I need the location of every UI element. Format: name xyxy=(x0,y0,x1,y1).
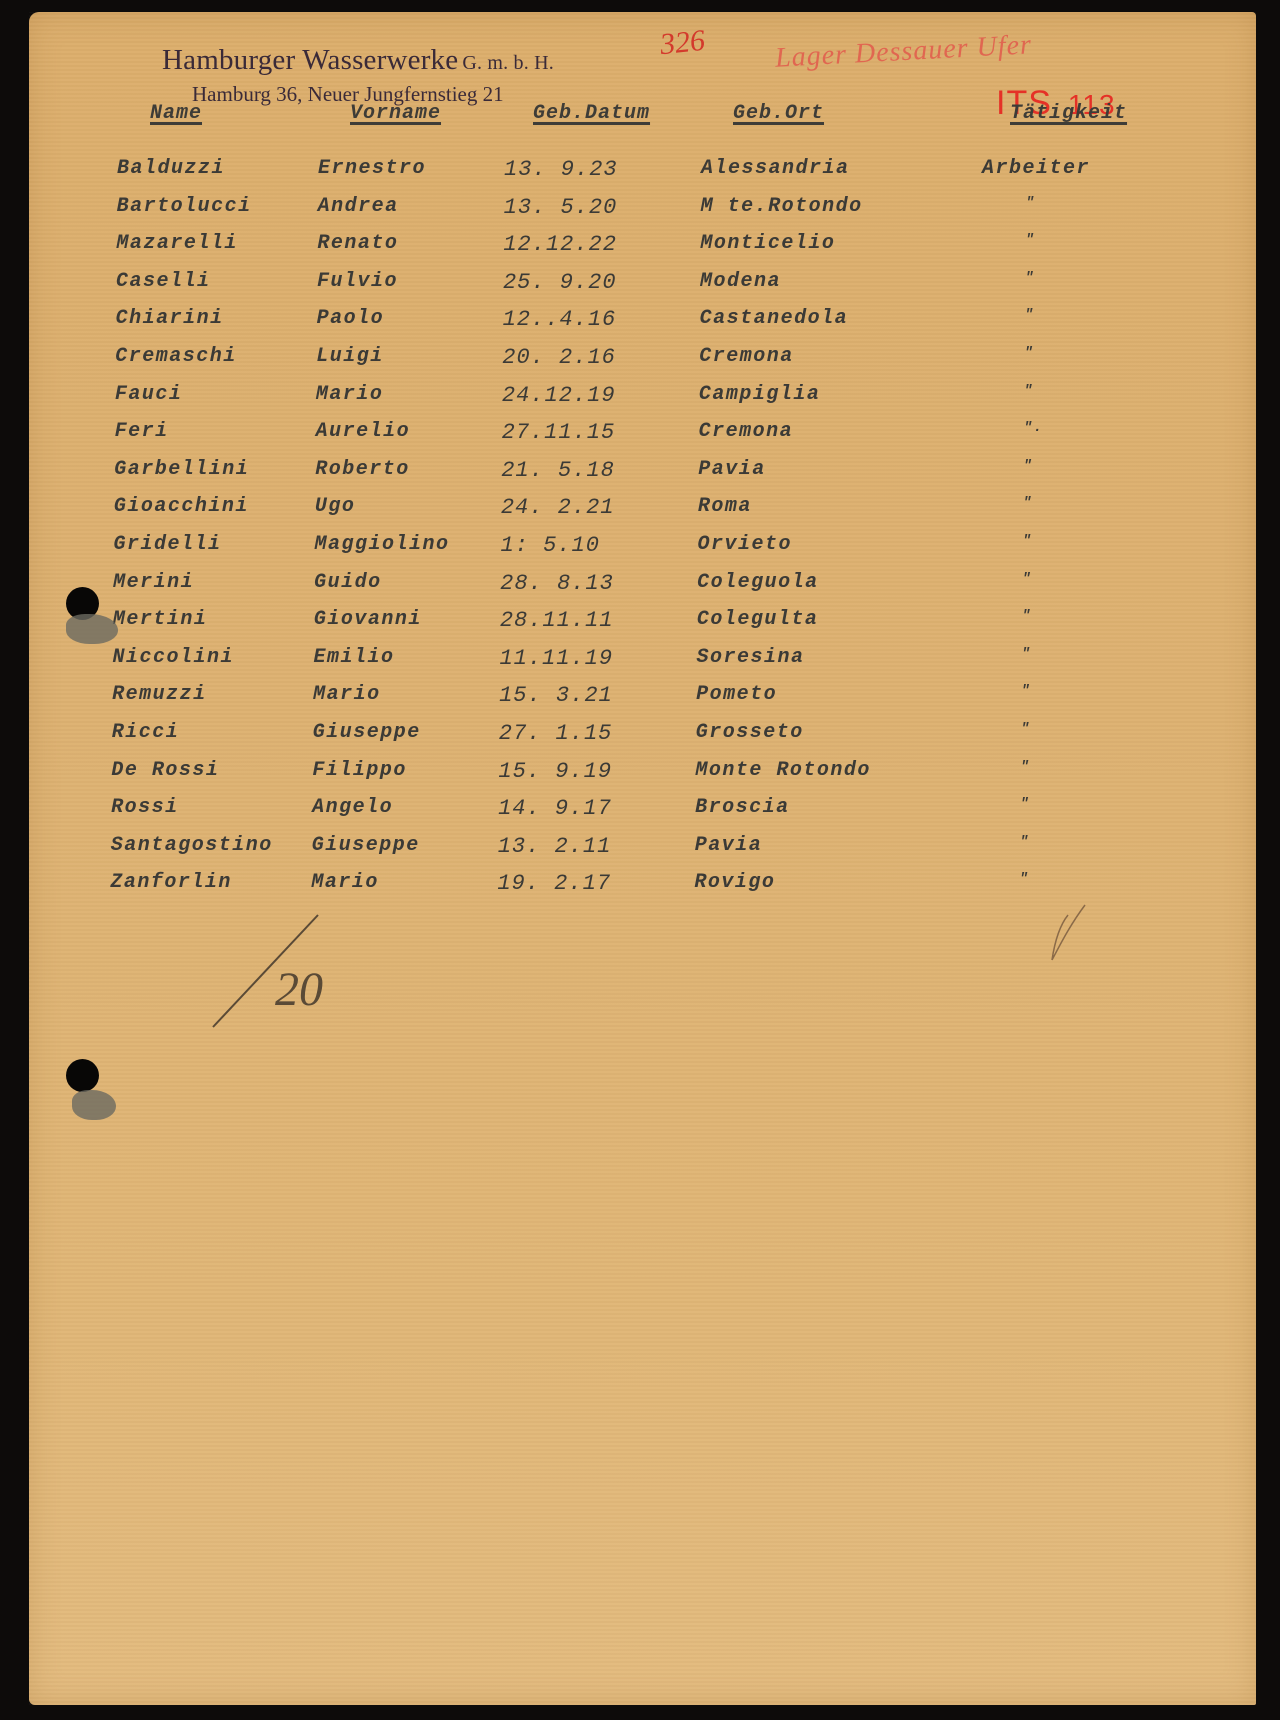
cell-occupation: " xyxy=(1021,721,1031,737)
cell-birth-date: 1: 5.10 xyxy=(501,533,600,558)
cell-first-name: Luigi xyxy=(316,345,384,368)
cell-birth-place: Alessandria xyxy=(701,157,850,180)
letterhead: Hamburger WasserwerkeG. m. b. H. Hamburg… xyxy=(162,44,554,77)
cell-last-name: Fauci xyxy=(115,383,183,406)
cell-first-name: Filippo xyxy=(312,759,407,782)
cell-birth-place: Soresina xyxy=(696,646,804,669)
cell-birth-date: 11.11.19 xyxy=(499,646,613,671)
cell-birth-date: 12..4.16 xyxy=(503,307,617,332)
cell-birth-place: Monte Rotondo xyxy=(695,759,871,782)
cell-birth-place: Castanedola xyxy=(700,307,849,330)
table-row: FeriAurelio27.11.15Cremona". xyxy=(0,420,1278,457)
header-birth-place: Geb.Ort xyxy=(733,102,824,125)
cell-birth-date: 15. 3.21 xyxy=(499,683,613,708)
cell-birth-place: Roma xyxy=(698,495,752,518)
cell-birth-date: 19. 2.17 xyxy=(497,871,611,896)
cell-occupation: ". xyxy=(1024,420,1044,436)
svg-text:20: 20 xyxy=(275,963,323,1016)
cell-last-name: Mertini xyxy=(113,608,208,631)
cell-occupation: " xyxy=(1022,608,1032,624)
cell-last-name: Gioacchini xyxy=(114,495,249,518)
cell-birth-place: M te.Rotondo xyxy=(701,195,863,218)
cell-last-name: De Rossi xyxy=(111,759,219,782)
cell-occupation: " xyxy=(1022,571,1032,587)
table-row: ChiariniPaolo12..4.16Castanedola" xyxy=(0,307,1279,344)
cell-birth-place: Pometo xyxy=(696,683,777,706)
cell-birth-date: 28.11.11 xyxy=(500,608,614,633)
cell-last-name: Chiarini xyxy=(116,307,224,330)
cell-first-name: Emilio xyxy=(313,646,394,669)
cell-birth-place: Rovigo xyxy=(694,871,775,894)
cell-occupation: " xyxy=(1023,458,1033,474)
header-name: Name xyxy=(150,102,202,125)
table-row: CaselliFulvio25. 9.20Modena" xyxy=(0,270,1279,307)
cell-birth-place: Coleguola xyxy=(697,571,819,594)
cell-birth-date: 14. 9.17 xyxy=(498,796,612,821)
header-occupation: Tätigkeit xyxy=(1010,102,1127,125)
cell-last-name: Santagostino xyxy=(111,834,273,857)
cell-last-name: Remuzzi xyxy=(112,683,207,706)
table-row: GioacchiniUgo24. 2.21Roma" xyxy=(0,495,1277,532)
cell-birth-date: 15. 9.19 xyxy=(498,759,612,784)
cell-last-name: Garbellini xyxy=(114,458,249,481)
table-row: BalduzziErnestro13. 9.23AlessandriaArbei… xyxy=(0,157,1280,194)
ink-stain xyxy=(72,1090,116,1120)
cell-occupation: " xyxy=(1020,796,1030,812)
cell-occupation: " xyxy=(1020,834,1030,850)
cell-last-name: Balduzzi xyxy=(117,157,225,180)
cell-occupation: " xyxy=(1021,683,1031,699)
company-name: Hamburger WasserwerkeG. m. b. H. xyxy=(162,44,554,77)
cell-first-name: Angelo xyxy=(312,796,393,819)
cell-occupation: " xyxy=(1023,533,1033,549)
cell-occupation: " xyxy=(1024,383,1034,399)
company-suffix: G. m. b. H. xyxy=(462,52,554,74)
cell-first-name: Giovanni xyxy=(314,608,422,631)
cell-occupation: " xyxy=(1026,195,1036,211)
red-page-number: 326 xyxy=(658,24,706,63)
cell-birth-date: 20. 2.16 xyxy=(502,345,616,370)
cell-first-name: Giuseppe xyxy=(313,721,421,744)
cell-occupation: " xyxy=(1023,495,1033,511)
table-row: MazarelliRenato12.12.22Monticelio" xyxy=(0,232,1279,269)
cell-birth-place: Broscia xyxy=(695,796,790,819)
cell-birth-date: 12.12.22 xyxy=(503,232,617,257)
cell-birth-place: Campiglia xyxy=(699,383,821,406)
cell-birth-date: 24. 2.21 xyxy=(501,495,615,520)
cell-first-name: Mario xyxy=(313,683,381,706)
cell-birth-place: Pavia xyxy=(695,834,763,857)
cell-birth-date: 28. 8.13 xyxy=(500,571,614,596)
table-row: MertiniGiovanni28.11.11Colegulta" xyxy=(0,608,1276,645)
header-birth-date: Geb.Datum xyxy=(533,102,650,125)
cell-occupation: " xyxy=(1019,871,1029,887)
cell-birth-date: 13. 2.11 xyxy=(498,834,612,859)
cell-first-name: Renato xyxy=(317,232,398,255)
table-row: GridelliMaggiolino1: 5.10Orvieto" xyxy=(0,533,1277,570)
table-row: RossiAngelo14. 9.17Broscia" xyxy=(0,796,1274,833)
cell-last-name: Rossi xyxy=(111,796,179,819)
cell-first-name: Ernestro xyxy=(318,157,426,180)
table-row: FauciMario24.12.19Campiglia" xyxy=(0,383,1278,420)
cell-first-name: Maggiolino xyxy=(315,533,450,556)
cell-birth-place: Orvieto xyxy=(698,533,793,556)
table-row: NiccoliniEmilio11.11.19Soresina" xyxy=(0,646,1275,683)
ink-stain xyxy=(66,614,118,644)
cell-birth-place: Modena xyxy=(700,270,781,293)
cell-birth-date: 27. 1.15 xyxy=(499,721,613,746)
cell-last-name: Feri xyxy=(115,420,169,443)
cell-first-name: Ugo xyxy=(315,495,356,518)
table-row: RicciGiuseppe27. 1.15Grosseto" xyxy=(0,721,1275,758)
cell-first-name: Fulvio xyxy=(317,270,398,293)
table-row: CremaschiLuigi20. 2.16Cremona" xyxy=(0,345,1278,382)
cell-birth-place: Cremona xyxy=(699,345,794,368)
pencil-stroke-mark xyxy=(1040,900,1100,970)
cell-birth-date: 13. 9.23 xyxy=(504,157,618,182)
cell-occupation: " xyxy=(1025,270,1035,286)
company-address: Hamburg 36, Neuer Jungfernstieg 21 xyxy=(192,82,504,107)
cell-birth-date: 21. 5.18 xyxy=(501,458,615,483)
pencil-count-mark: 20 xyxy=(183,905,343,1035)
cell-last-name: Caselli xyxy=(116,270,211,293)
cell-birth-place: Grosseto xyxy=(696,721,804,744)
cell-first-name: Andrea xyxy=(318,195,399,218)
cell-occupation: Arbeiter xyxy=(982,157,1090,180)
cell-first-name: Mario xyxy=(316,383,384,406)
header-first-name: Vorname xyxy=(350,102,441,125)
cell-birth-place: Pavia xyxy=(698,458,766,481)
table-row: RemuzziMario15. 3.21Pometo" xyxy=(0,683,1275,720)
table-row: GarbelliniRoberto21. 5.18Pavia" xyxy=(0,458,1277,495)
cell-occupation: " xyxy=(1020,759,1030,775)
cell-last-name: Ricci xyxy=(112,721,180,744)
punch-hole xyxy=(66,1059,99,1092)
cell-first-name: Guido xyxy=(314,571,382,594)
cell-occupation: " xyxy=(1025,232,1035,248)
cell-birth-date: 13. 5.20 xyxy=(504,195,618,220)
cell-birth-date: 27.11.15 xyxy=(502,420,616,445)
cell-occupation: " xyxy=(1025,307,1035,323)
cell-birth-place: Monticelio xyxy=(700,232,835,255)
cell-first-name: Paolo xyxy=(317,307,385,330)
cell-last-name: Zanforlin xyxy=(110,871,232,894)
cell-first-name: Mario xyxy=(311,871,379,894)
cell-occupation: " xyxy=(1021,646,1031,662)
cell-birth-date: 24.12.19 xyxy=(502,383,616,408)
cell-first-name: Roberto xyxy=(315,458,410,481)
cell-occupation: " xyxy=(1024,345,1034,361)
cell-first-name: Aurelio xyxy=(316,420,411,443)
cell-last-name: Niccolini xyxy=(112,646,234,669)
cell-birth-place: Cremona xyxy=(699,420,794,443)
table-row: De RossiFilippo15. 9.19Monte Rotondo" xyxy=(0,759,1274,796)
cell-last-name: Mazarelli xyxy=(116,232,238,255)
cell-last-name: Merini xyxy=(113,571,194,594)
cell-birth-place: Colegulta xyxy=(697,608,819,631)
table-row: SantagostinoGiuseppe13. 2.11Pavia" xyxy=(0,834,1274,871)
cell-last-name: Bartolucci xyxy=(117,195,252,218)
cell-birth-date: 25. 9.20 xyxy=(503,270,617,295)
cell-first-name: Giuseppe xyxy=(312,834,420,857)
table-row: MeriniGuido28. 8.13Coleguola" xyxy=(0,571,1276,608)
table-row: BartolucciAndrea13. 5.20M te.Rotondo" xyxy=(0,195,1280,232)
cell-last-name: Gridelli xyxy=(114,533,222,556)
cell-last-name: Cremaschi xyxy=(115,345,237,368)
